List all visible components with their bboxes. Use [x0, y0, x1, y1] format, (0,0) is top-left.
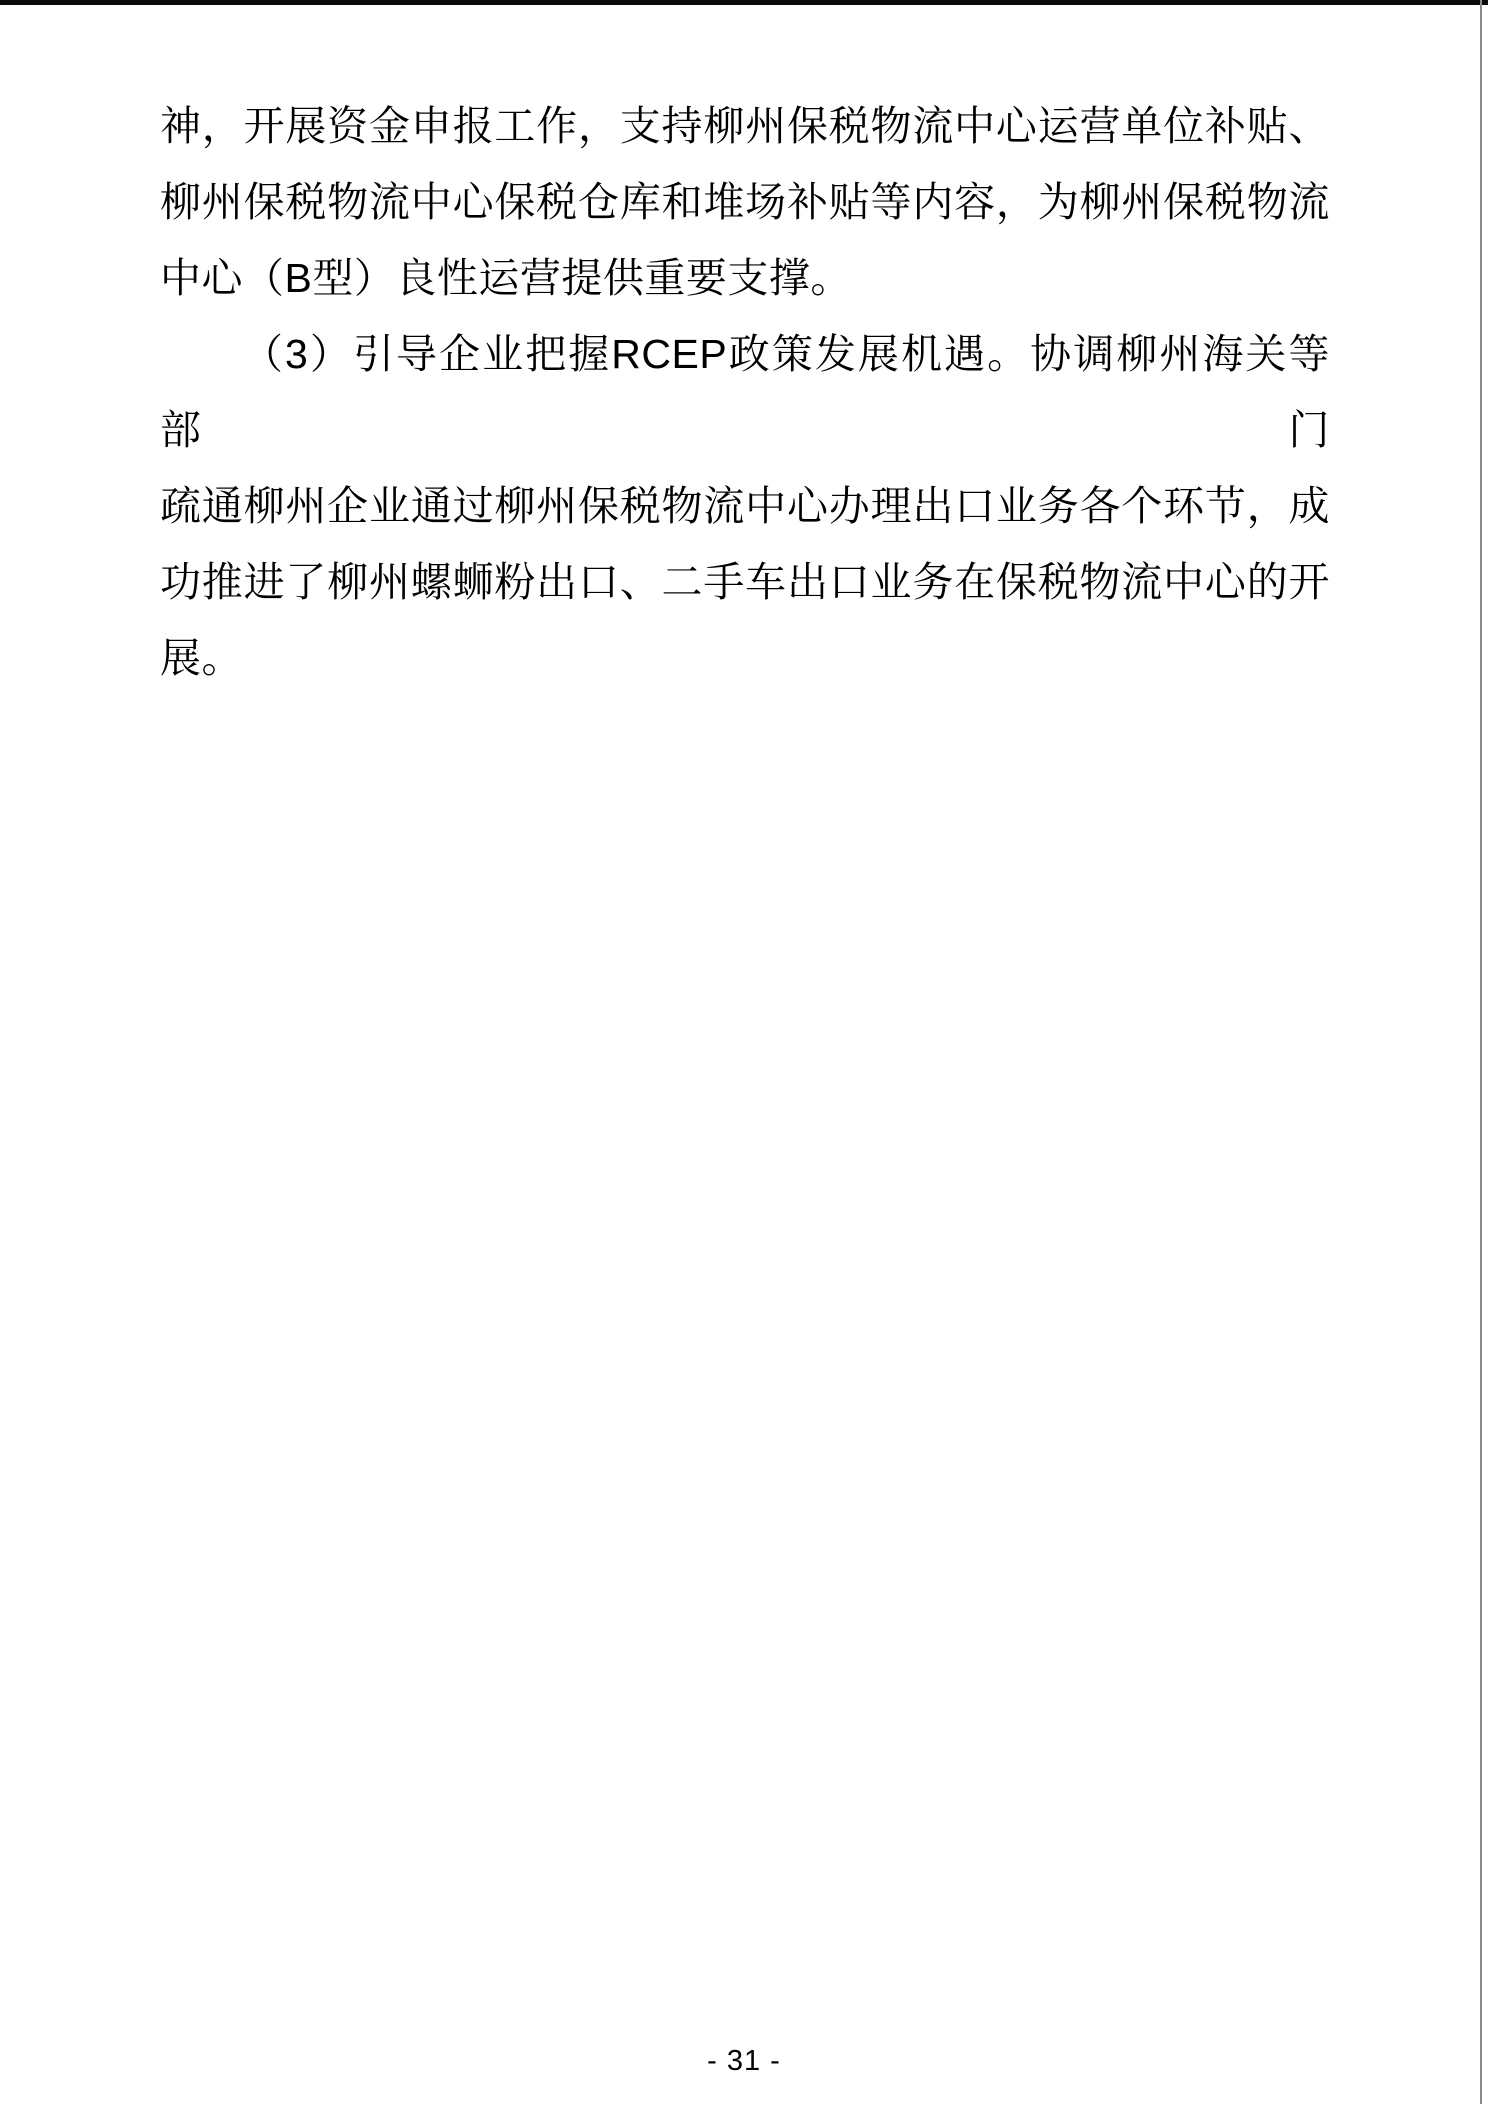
- paragraph2-line4: 展。: [160, 620, 1330, 696]
- paragraph1-line2: 柳州保税物流中心保税仓库和堆场补贴等内容，为柳州保税物流: [160, 164, 1330, 240]
- paragraph1-line1: 神，开展资金申报工作，支持柳州保税物流中心运营单位补贴、: [160, 88, 1330, 164]
- paragraph1-line3: 中心（B型）良性运营提供重要支撑。: [160, 240, 1330, 316]
- body-text: 神，开展资金申报工作，支持柳州保税物流中心运营单位补贴、 柳州保税物流中心保税仓…: [160, 88, 1330, 696]
- document-page: 神，开展资金申报工作，支持柳州保税物流中心运营单位补贴、 柳州保税物流中心保税仓…: [0, 0, 1488, 2104]
- scan-right-edge: [1480, 0, 1482, 2104]
- paragraph2-line2: 疏通柳州企业通过柳州保税物流中心办理出口业务各个环节，成: [160, 468, 1330, 544]
- scan-top-edge: [0, 0, 1488, 5]
- paragraph2-line1: （3）引导企业把握RCEP政策发展机遇。协调柳州海关等部门: [160, 316, 1330, 468]
- page-number: - 31 -: [0, 2043, 1488, 2079]
- paragraph2-line3: 功推进了柳州螺蛳粉出口、二手车出口业务在保税物流中心的开: [160, 544, 1330, 620]
